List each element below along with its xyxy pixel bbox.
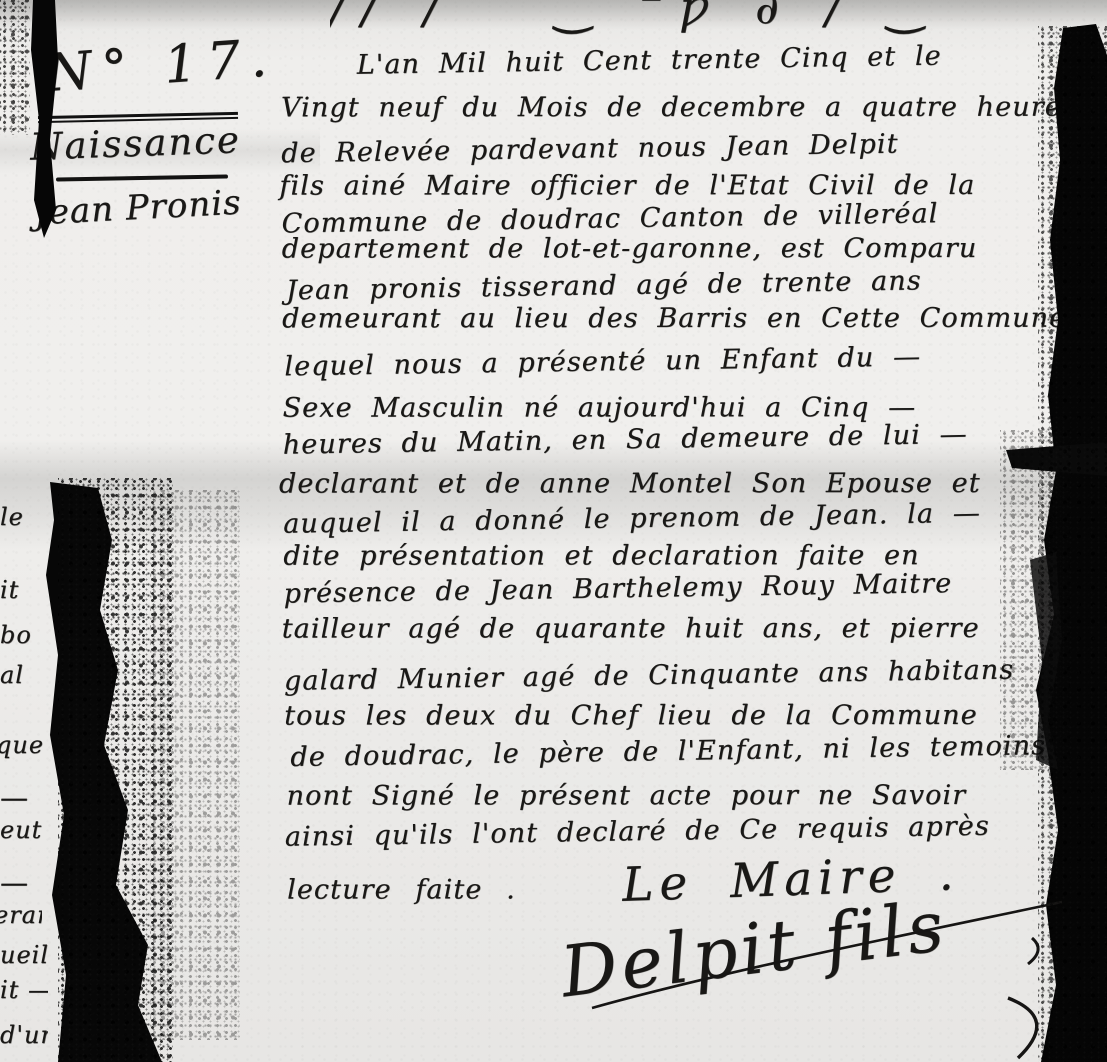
- body-line: heures du Matin, en Sa demeure de lui —: [283, 419, 968, 461]
- body-line: dite présentation et declaration faite e…: [283, 540, 919, 572]
- single-underline: [56, 174, 228, 181]
- left-band-speckle-fade: [150, 490, 240, 1040]
- left-edge-fragment: le: [0, 503, 48, 531]
- left-edge-fragment: eut: [0, 816, 48, 844]
- body-line: galard Munier agé de Cinquante ans habit…: [284, 654, 1015, 696]
- left-edge-fragment: erant: [0, 901, 42, 929]
- body-line: departement de lot-et-garonne, est Compa…: [282, 233, 978, 265]
- left-edge-fragment: al: [0, 661, 48, 689]
- left-bottom-binding-band: [46, 482, 162, 1062]
- scanned-birth-record: ∕∕ ́∕ ˅ ‿ ⁻ƿ ∂ ∕ ‿ N° 17. Naissance Jean…: [0, 0, 1107, 1062]
- left-band-speckle: [58, 478, 173, 1062]
- body-line: de Relevée pardevant nous Jean Delpit: [281, 129, 899, 170]
- act-category: Naissance: [29, 118, 241, 168]
- left-edge-fragment: ueil: [0, 941, 48, 969]
- body-line: declarant et de anne Montel Son Epouse e…: [279, 468, 981, 500]
- body-line: auquel il a donné le prenom de Jean. la …: [283, 498, 981, 540]
- left-edge-fragment: bo: [0, 621, 48, 649]
- left-edge-fragment: it: [0, 576, 48, 604]
- body-line: lequel nous a présenté un Enfant du —: [284, 341, 921, 382]
- body-line: présence de Jean Barthelemy Rouy Maitre: [283, 568, 952, 610]
- left-edge-fragment: que: [0, 731, 44, 759]
- left-top-speckle: [0, 0, 30, 135]
- body-line: Sexe Masculin né aujourd'hui a Cinq —: [283, 392, 917, 424]
- cropped-previous-line-strokes: ∕∕ ́∕ ˅ ‿ ⁻ƿ ∂ ∕ ‿: [330, 0, 1070, 40]
- body-line: tailleur agé de quarante huit ans, et pi…: [282, 613, 980, 645]
- body-line: nont Signé le présent acte pour ne Savoi…: [287, 780, 967, 812]
- body-line: tous les deux du Chef lieu de la Commune: [284, 700, 978, 732]
- signature-paraph-curl: [1008, 998, 1037, 1058]
- left-edge-fragment: d'un: [0, 1021, 48, 1049]
- body-line: fils ainé Maire officier de l'Etat Civil…: [279, 170, 975, 202]
- body-line: lecture faite .: [287, 874, 516, 905]
- left-edge-fragment: —: [0, 781, 48, 814]
- act-number: N° 17.: [44, 28, 278, 104]
- body-line: ainsi qu'ils l'ont declaré de Ce requis …: [285, 811, 990, 853]
- left-edge-fragment: —: [0, 866, 48, 899]
- left-edge-fragment: it —: [0, 976, 48, 1004]
- act-body-text: L'an Mil huit Cent trente Cinq et le Vin…: [281, 38, 1076, 942]
- body-line: Vingt neuf du Mois de decembre a quatre …: [281, 92, 1077, 124]
- body-line: de doudrac, le père de l'Enfant, ni les …: [290, 730, 1046, 773]
- signature-paraph-comma: [1028, 938, 1038, 964]
- body-line: L'an Mil huit Cent trente Cinq et le: [357, 41, 942, 81]
- body-line: Jean pronis tisserand agé de trente ans: [286, 265, 922, 306]
- child-name-margin: Jean Pronis: [33, 183, 242, 234]
- body-line: demeurant au lieu des Barris en Cette Co…: [282, 303, 1076, 335]
